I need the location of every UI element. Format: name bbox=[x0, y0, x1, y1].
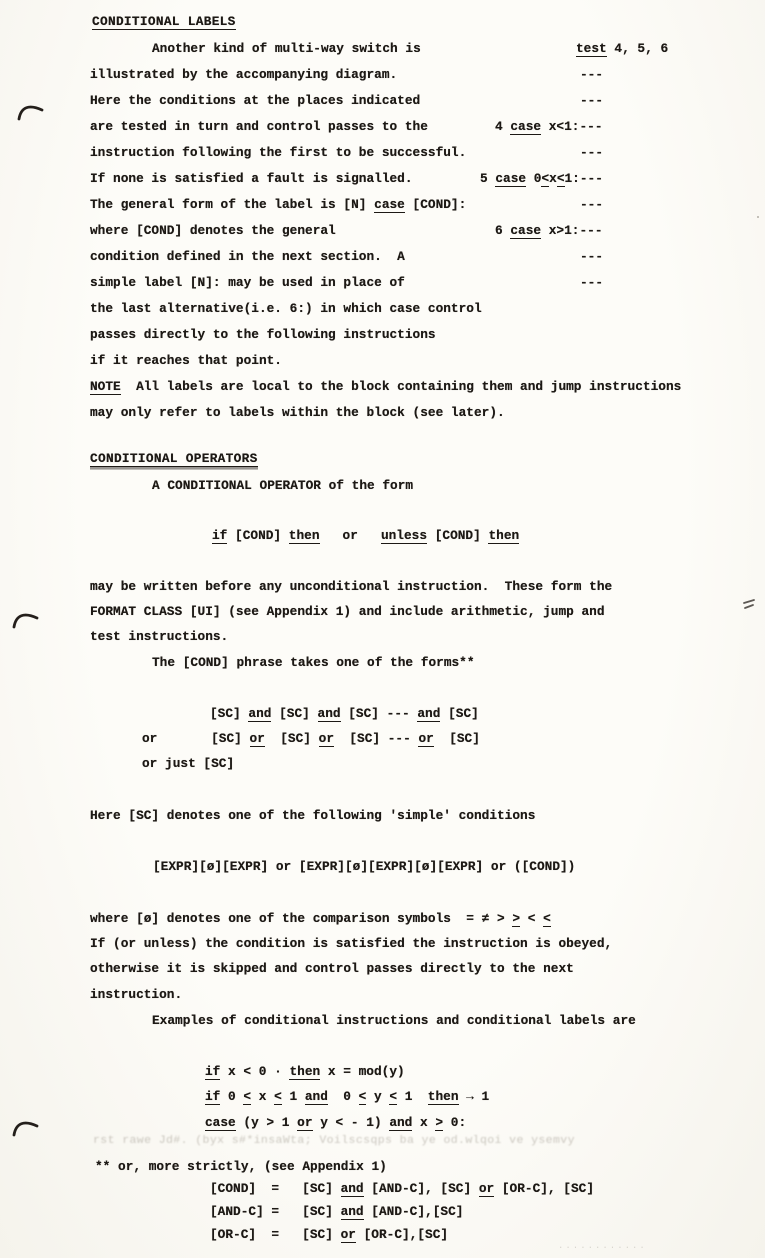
para-line: illustrated by the accompanying diagram. bbox=[90, 66, 397, 83]
diagram-dashes: --- bbox=[580, 144, 603, 161]
syntax-line: [EXPR][ø][EXPR] or [EXPR][ø][EXPR][ø][EX… bbox=[153, 858, 575, 875]
para-line: simple label [N]: may be used in place o… bbox=[90, 274, 405, 291]
para-line: are tested in turn and control passes to… bbox=[90, 118, 428, 135]
para-line: where [COND] denotes the general bbox=[90, 222, 336, 239]
footnote-formula: [COND] = [SC] and [AND-C], [SC] or [OR-C… bbox=[210, 1180, 594, 1197]
diagram-dashes: --- bbox=[580, 274, 603, 291]
para-line: the last alternative(i.e. 6:) in which c… bbox=[90, 300, 482, 317]
example-line: case (y > 1 or y < - 1) and x > 0: bbox=[205, 1114, 466, 1131]
diagram-label: 4 case x<1:--- bbox=[495, 118, 603, 135]
syntax-line: or [SC] or [SC] or [SC] --- or [SC] bbox=[142, 730, 480, 747]
note-line: NOTE All labels are local to the block c… bbox=[90, 378, 681, 395]
para-line: FORMAT CLASS [UI] (see Appendix 1) and i… bbox=[90, 603, 605, 620]
diagram-caption: test 4, 5, 6 bbox=[576, 40, 668, 57]
example-line: if 0 < x < 1 and 0 < y < 1 then → 1 bbox=[205, 1088, 489, 1105]
para-line: passes directly to the following instruc… bbox=[90, 326, 436, 343]
section-heading: CONDITIONAL OPERATORS bbox=[90, 450, 258, 467]
syntax-line: or just [SC] bbox=[142, 755, 234, 772]
diagram-dashes: --- bbox=[580, 92, 603, 109]
scanned-document-page: CONDITIONAL LABELSAnother kind of multi-… bbox=[0, 0, 765, 1258]
para-line: Here [SC] denotes one of the following '… bbox=[90, 807, 535, 824]
diagram-label: 5 case 0<x<1:--- bbox=[480, 170, 603, 187]
para-line: The general form of the label is [N] cas… bbox=[90, 196, 466, 213]
diagram-label: 6 case x>1:--- bbox=[495, 222, 603, 239]
para-line: may be written before any unconditional … bbox=[90, 578, 612, 595]
diagram-dashes: --- bbox=[580, 248, 603, 265]
para-line: if it reaches that point. bbox=[90, 352, 282, 369]
para-line: condition defined in the next section. A bbox=[90, 248, 405, 265]
diagram-dashes: --- bbox=[580, 196, 603, 213]
handwritten-margin-arc-mark bbox=[11, 610, 41, 630]
scan-speck bbox=[455, 146, 457, 148]
example-line: if x < 0 · then x = mod(y) bbox=[205, 1063, 405, 1080]
scan-speck bbox=[452, 199, 454, 201]
handwritten-margin-arc-mark bbox=[16, 102, 46, 122]
para-line: where [ø] denotes one of the comparison … bbox=[90, 910, 551, 927]
page-showthrough-text: rst rawe Jd#. (byx s#*insaWta; Voilscsqp… bbox=[93, 1132, 575, 1148]
para-line: The [COND] phrase takes one of the forms… bbox=[152, 654, 475, 671]
footnote-formula: [OR-C] = [SC] or [OR-C],[SC] bbox=[210, 1226, 448, 1243]
para-line: otherwise it is skipped and control pass… bbox=[90, 960, 574, 977]
para-line: instruction following the first to be su… bbox=[90, 144, 466, 161]
para-line: If none is satisfied a fault is signalle… bbox=[90, 170, 413, 187]
footnote-line: ** or, more strictly, (see Appendix 1) bbox=[95, 1158, 387, 1175]
para-line: If (or unless) the condition is satisfie… bbox=[90, 935, 612, 952]
syntax-line: if [COND] then or unless [COND] then bbox=[212, 527, 519, 544]
faint-dotted-trace: ............ bbox=[558, 1238, 647, 1255]
footnote-formula: [AND-C] = [SC] and [AND-C],[SC] bbox=[210, 1203, 463, 1220]
para-line: Examples of conditional instructions and… bbox=[152, 1012, 636, 1029]
scan-speck bbox=[757, 216, 759, 218]
para-line: test instructions. bbox=[90, 628, 228, 645]
para-line: Another kind of multi-way switch is bbox=[152, 40, 421, 57]
para-line: Here the conditions at the places indica… bbox=[90, 92, 420, 109]
diagram-dashes: --- bbox=[580, 66, 603, 83]
handwritten-margin-arc-mark bbox=[11, 1118, 41, 1138]
para-line: instruction. bbox=[90, 986, 182, 1003]
syntax-line: [SC] and [SC] and [SC] --- and [SC] bbox=[210, 705, 479, 722]
section-heading: CONDITIONAL LABELS bbox=[92, 13, 236, 30]
note-line: may only refer to labels within the bloc… bbox=[90, 404, 505, 421]
pencil-equals-margin-mark bbox=[742, 596, 758, 612]
para-line: A CONDITIONAL OPERATOR of the form bbox=[152, 477, 413, 494]
